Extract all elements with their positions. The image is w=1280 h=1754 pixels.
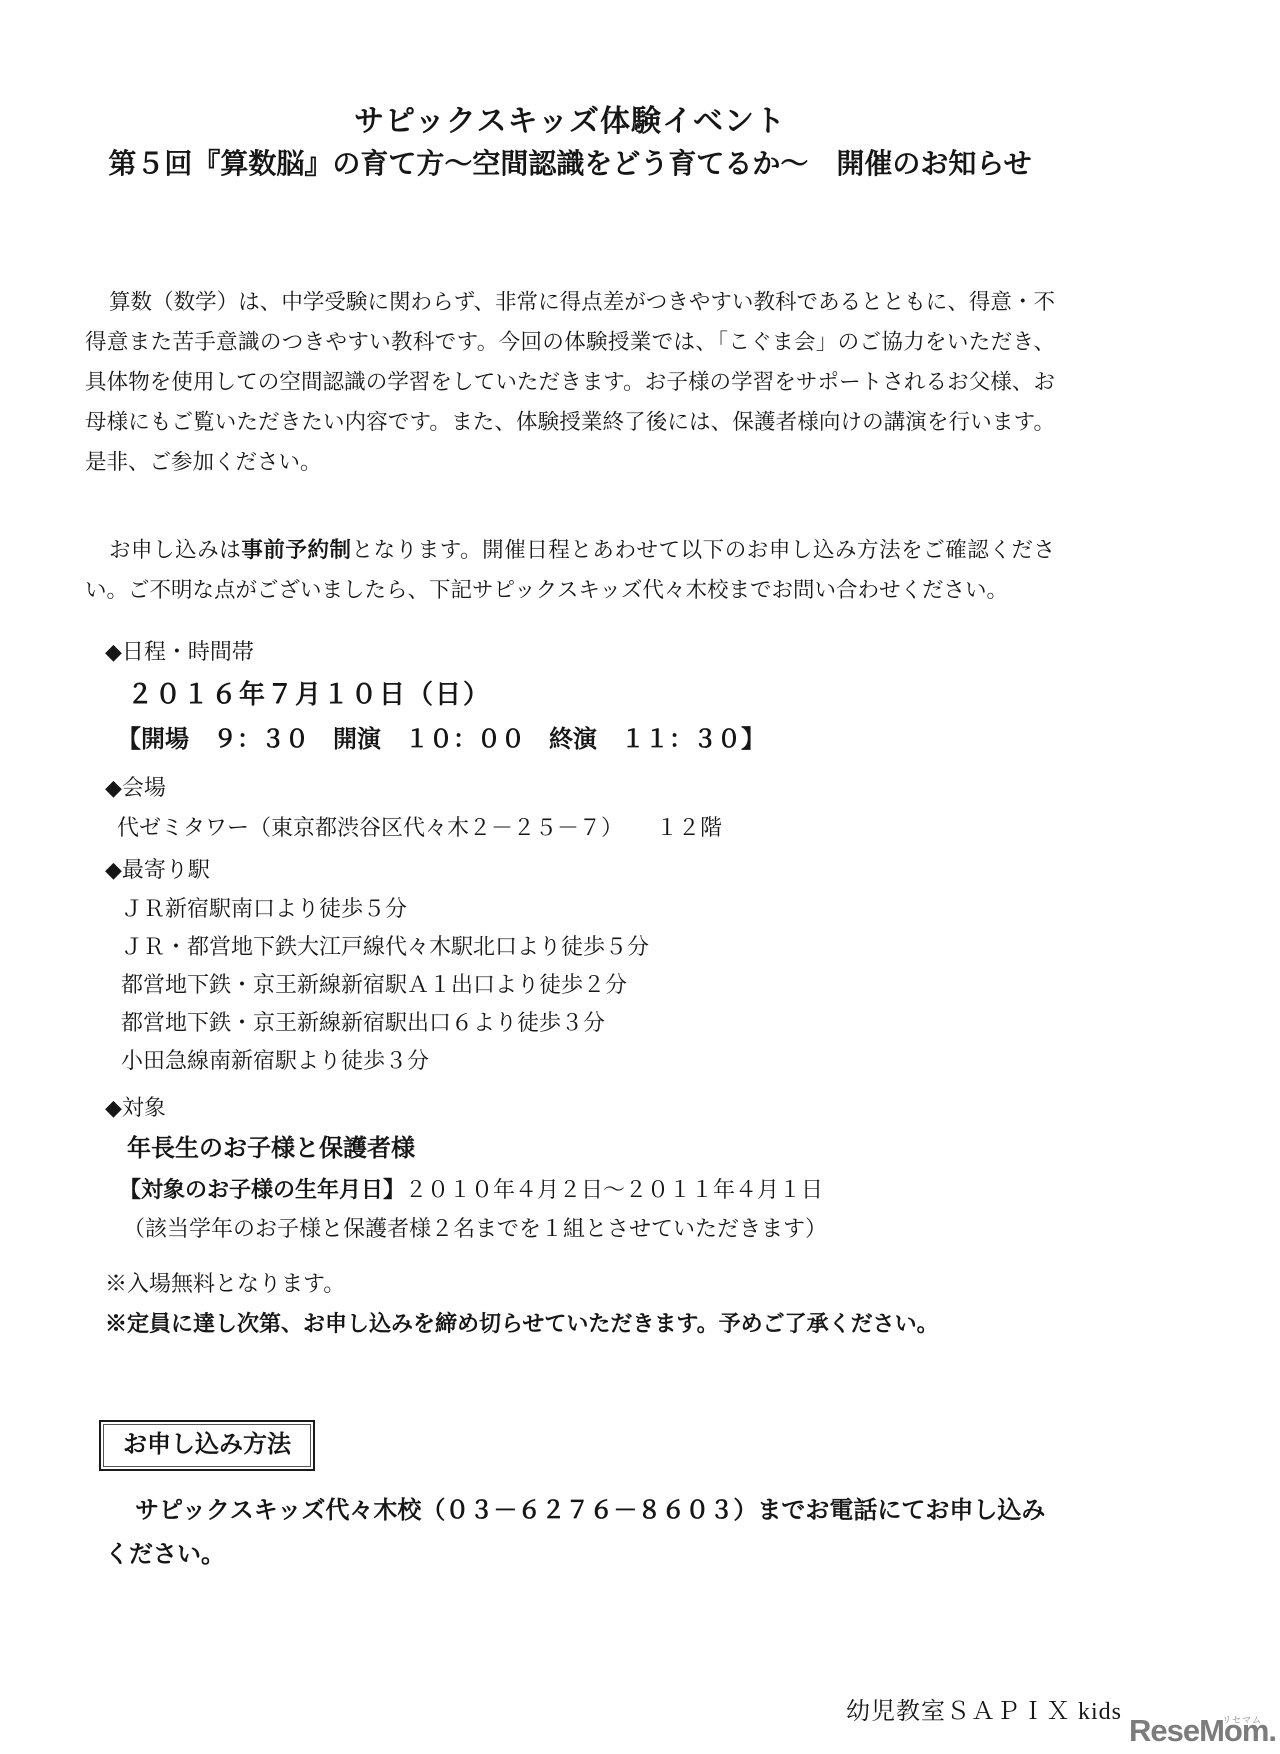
station-item: ＪＲ新宿駅南口より徒歩５分 — [121, 890, 1055, 928]
birthdate-range: ２０１０年４月２日～２０１１年４月１日 — [405, 1177, 823, 1202]
station-item: 都営地下鉄・京王新線新宿駅出口６より徒歩３分 — [121, 1004, 1055, 1042]
document-page: サピックスキッズ体験イベント 第５回『算数脳』の育て方～空間認識をどう育てるか～… — [0, 0, 1280, 1754]
birthdate-label: 【対象のお子様の生年月日】 — [119, 1177, 405, 1202]
group-limit-note: （該当学年のお子様と保護者様２名までを１組とさせていただきます） — [123, 1210, 1055, 1248]
event-date: ２０１６年７月１０日（日） — [127, 672, 1055, 718]
document-content: サピックスキッズ体験イベント 第５回『算数脳』の育て方～空間認識をどう育てるか～… — [85, 0, 1055, 1577]
resemom-watermark-furigana: リセマム — [1222, 1705, 1262, 1736]
section-heading-stations: ◆最寄り駅 — [105, 850, 1055, 890]
document-subtitle: 第５回『算数脳』の育て方～空間認識をどう育てるか～ 開催のお知らせ — [85, 144, 1055, 186]
section-heading-target: ◆対象 — [105, 1088, 1055, 1128]
reservation-text-bold: 事前予約制 — [241, 538, 351, 562]
station-item: 小田急線南新宿駅より徒歩３分 — [121, 1042, 1055, 1080]
intro-paragraph: 算数（数学）は、中学受験に関わらず、非常に得点差がつきやすい教科であるとともに、… — [85, 282, 1055, 482]
station-item: ＪＲ・都営地下鉄大江戸線代々木駅北口より徒歩５分 — [121, 928, 1055, 966]
station-item: 都営地下鉄・京王新線新宿駅Ａ１出口より徒歩２分 — [121, 966, 1055, 1004]
target-audience: 年長生のお子様と保護者様 — [127, 1128, 1055, 1170]
reservation-paragraph: お申し込みは事前予約制となります。開催日程とあわせて以下のお申し込み方法をご確認… — [85, 530, 1055, 610]
document-title: サピックスキッズ体験イベント — [85, 0, 1055, 144]
reservation-text-prefix: お申し込みは — [109, 538, 241, 562]
free-admission-note: ※入場無料となります。 — [105, 1264, 1055, 1304]
venue-address: 代ゼミタワー（東京都渋谷区代々木２－２５－７） １２階 — [117, 808, 1055, 848]
section-heading-schedule: ◆日程・時間帯 — [105, 632, 1055, 672]
application-method-box: お申し込み方法 — [99, 1420, 315, 1471]
footer-organization: 幼児教室ＳＡＰＩＸ kids — [846, 1691, 1122, 1726]
section-heading-venue: ◆会場 — [105, 768, 1055, 808]
event-time: 【開場 ９：３０ 開演 １０：００ 終演 １１：３０】 — [117, 718, 1055, 762]
capacity-deadline-note: ※定員に達し次第、お申し込みを締め切らせていただきます。予めご了承ください。 — [105, 1304, 1055, 1344]
application-instruction: サピックスキッズ代々木校（０３－６２７６－８６０３）までお電話にてお申し込みくだ… — [105, 1489, 1055, 1577]
target-birthdate-line: 【対象のお子様の生年月日】２０１０年４月２日～２０１１年４月１日 — [119, 1170, 1055, 1210]
resemom-watermark-logo: リセマムReseMom. — [1129, 1705, 1276, 1746]
